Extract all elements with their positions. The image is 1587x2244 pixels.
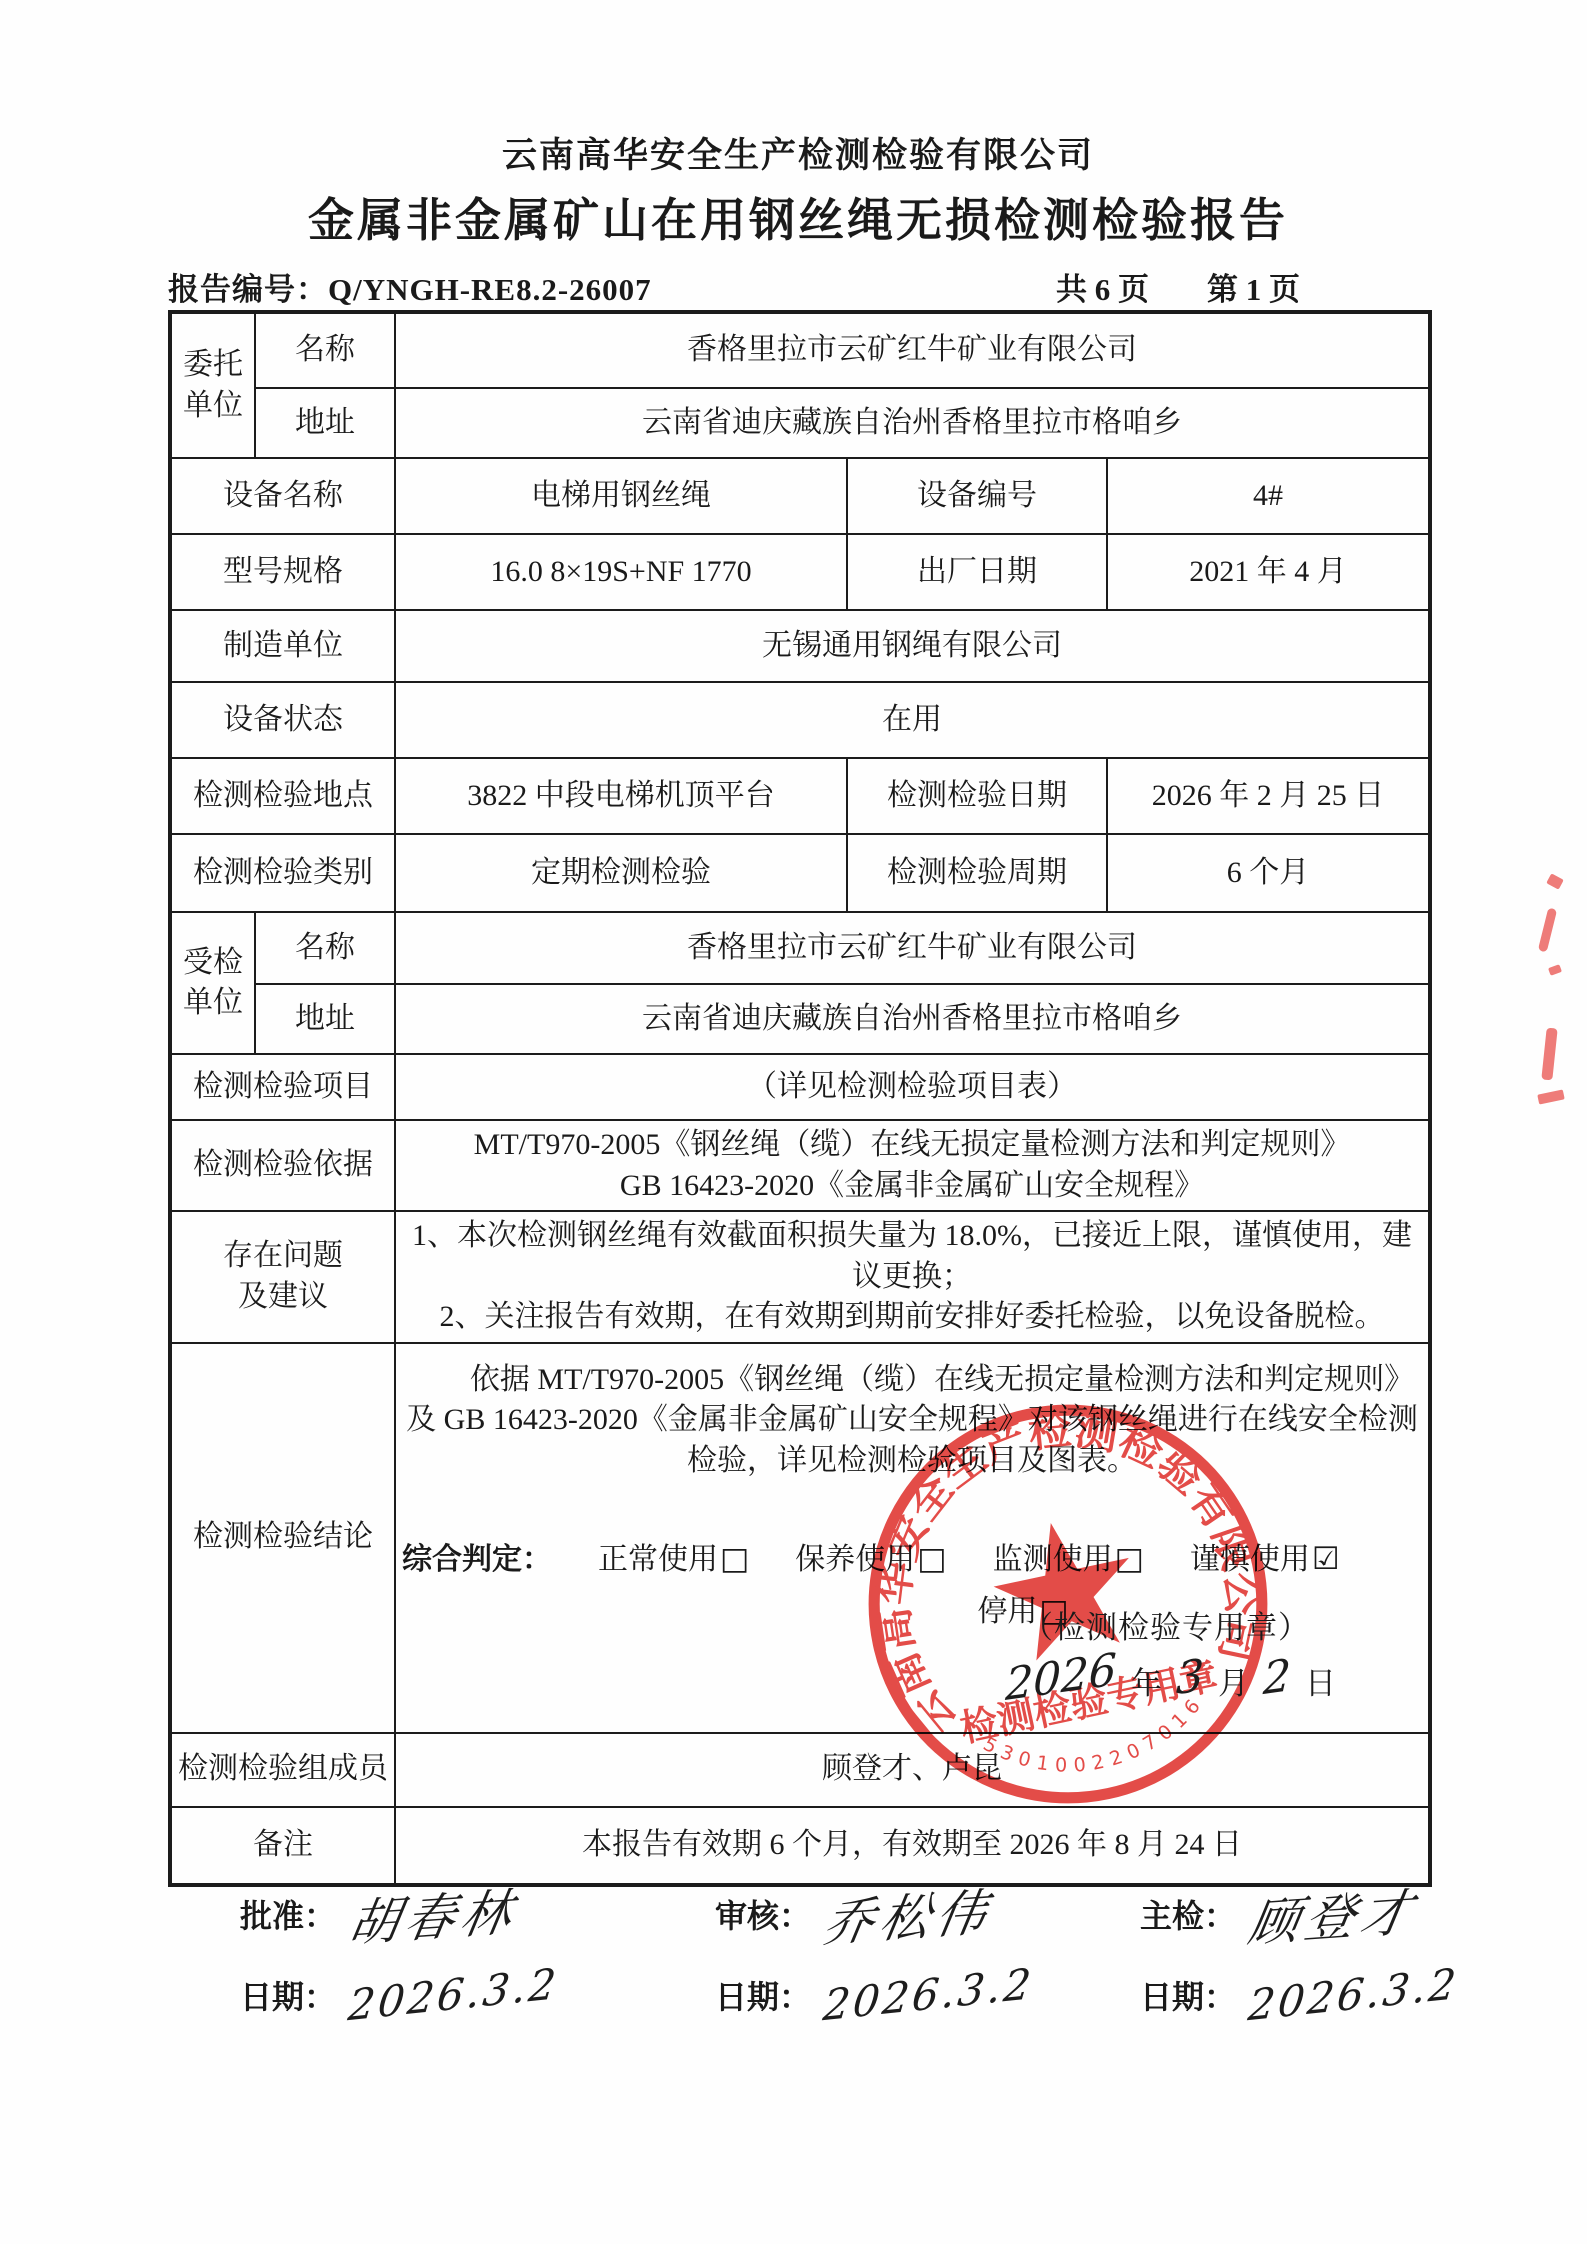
- checkbox-caution-checked: ☑: [1312, 1539, 1340, 1581]
- stamp-ghost-mark: [1538, 908, 1557, 953]
- client-group-line2: 单位: [178, 386, 248, 427]
- checkbox-normal: □: [720, 1539, 749, 1581]
- device-no-value: 4#: [1107, 458, 1430, 534]
- table-row: 检测检验依据 MT/T970-2005《钢丝绳（缆）在线无损定量检测方法和判定规…: [170, 1120, 1430, 1211]
- table-row: 检测检验地点 3822 中段电梯机顶平台 检测检验日期 2026 年 2 月 2…: [170, 758, 1430, 834]
- model-value: 16.0 8×19S+NF 1770: [395, 534, 847, 610]
- stamp-date-year: 2026: [1005, 1644, 1118, 1711]
- insp-type-value: 定期检测检验: [395, 834, 847, 912]
- conclusion-label: 检测检验结论: [170, 1343, 395, 1733]
- review-date-label: 日期：: [715, 1972, 811, 2018]
- verdict-label: 综合判定：: [402, 1540, 552, 1581]
- approve-signature: 胡春林: [344, 1872, 524, 1957]
- status-label: 设备状态: [170, 682, 395, 758]
- total-pages: 共 6 页: [1056, 264, 1149, 309]
- basis-value: MT/T970-2005《钢丝绳（缆）在线无损定量检测方法和判定规则》 GB 1…: [395, 1120, 1430, 1211]
- inspected-name-label: 名称: [255, 912, 395, 984]
- day-char: 日: [1305, 1658, 1336, 1703]
- stamp-ghost-mark: [1537, 1089, 1565, 1104]
- problems-line1: 1、本次检测钢丝绳有效截面积损失量为 18.0%，已接近上限，谨慎使用，建议更换…: [402, 1216, 1422, 1297]
- month-char: 月: [1218, 1658, 1249, 1703]
- basis-label: 检测检验依据: [170, 1120, 395, 1211]
- problems-value: 1、本次检测钢丝绳有效截面积损失量为 18.0%，已接近上限，谨慎使用，建议更换…: [395, 1211, 1430, 1343]
- problems-label: 存在问题 及建议: [170, 1211, 395, 1343]
- review-signature-block: 审核： 乔松伟 日期： 2026.3.2: [715, 1878, 1034, 2019]
- basis-line1: MT/T970-2005《钢丝绳（缆）在线无损定量检测方法和判定规则》: [402, 1125, 1422, 1166]
- table-row: 检测检验类别 定期检测检验 检测检验周期 6 个月: [170, 834, 1430, 912]
- pagination: 共 6 页 第 1 页: [1056, 264, 1300, 309]
- report-header: 云南高华安全生产检测检验有限公司 金属非金属矿山在用钢丝绳无损检测检验报告 报告…: [168, 128, 1428, 309]
- stamp-ghost-mark: [1546, 873, 1564, 889]
- report-meta-row: 报告编号：Q/YNGH-RE8.2-26007 共 6 页 第 1 页: [168, 264, 1428, 309]
- table-row: 设备名称 电梯用钢丝绳 设备编号 4#: [170, 458, 1430, 534]
- table-row: 委托 单位 名称 香格里拉市云矿红牛矿业有限公司: [170, 312, 1430, 388]
- stamp-ghost-mark: [1548, 964, 1562, 976]
- table-row: 备注 本报告有效期 6 个月，有效期至 2026 年 8 月 24 日: [170, 1807, 1430, 1885]
- basis-line2: GB 16423-2020《金属非金属矿山安全规程》: [402, 1166, 1422, 1207]
- table-row: 检测检验组成员 顾登才、卢昆: [170, 1733, 1430, 1807]
- table-row: 地址 云南省迪庆藏族自治州香格里拉市格咱乡: [170, 388, 1430, 458]
- table-row: 存在问题 及建议 1、本次检测钢丝绳有效截面积损失量为 18.0%，已接近上限，…: [170, 1211, 1430, 1343]
- stamp-date-line: 2026 年 3 月 2 日: [1005, 1652, 1336, 1703]
- location-value: 3822 中段电梯机顶平台: [395, 758, 847, 834]
- chief-signature: 顾登才: [1244, 1872, 1424, 1957]
- chief-date: 2026.3.2: [1246, 1959, 1461, 2031]
- location-label: 检测检验地点: [170, 758, 395, 834]
- verdict-option-caution: 谨慎使用☑: [1190, 1539, 1340, 1581]
- stamp-ghost-mark: [1541, 1028, 1557, 1081]
- remark-label: 备注: [170, 1807, 395, 1885]
- verdict-row: 综合判定： 正常使用□ 保养使用□ 监测使用□ 谨慎使用☑: [402, 1539, 1422, 1581]
- chief-signature-block: 主检： 顾登才 日期： 2026.3.2: [1140, 1878, 1459, 2019]
- review-label: 审核：: [715, 1891, 811, 1937]
- stamp-note-text: （检测检验专用章）: [1022, 1602, 1310, 1647]
- table-row: 型号规格 16.0 8×19S+NF 1770 出厂日期 2021 年 4 月: [170, 534, 1430, 610]
- client-addr-label: 地址: [255, 388, 395, 458]
- client-name-label: 名称: [255, 312, 395, 388]
- chief-date-label: 日期：: [1140, 1972, 1236, 2018]
- client-addr-value: 云南省迪庆藏族自治州香格里拉市格咱乡: [395, 388, 1430, 458]
- mfg-date-value: 2021 年 4 月: [1107, 534, 1430, 610]
- table-row: 受检 单位 名称 香格里拉市云矿红牛矿业有限公司: [170, 912, 1430, 984]
- inspected-group-line1: 受检: [178, 943, 248, 984]
- approve-date-label: 日期：: [240, 1972, 336, 2018]
- verdict-option-maintain: 保养使用□: [795, 1539, 946, 1581]
- mfg-date-label: 出厂日期: [847, 534, 1107, 610]
- inspected-addr-value: 云南省迪庆藏族自治州香格里拉市格咱乡: [395, 984, 1430, 1054]
- team-value: 顾登才、卢昆: [395, 1733, 1430, 1807]
- problems-label-line2: 及建议: [178, 1277, 388, 1318]
- checkbox-monitor: □: [1115, 1539, 1144, 1581]
- report-number: 报告编号：Q/YNGH-RE8.2-26007: [168, 264, 652, 309]
- client-group-label: 委托 单位: [170, 312, 255, 458]
- company-title: 云南高华安全生产检测检验有限公司: [168, 128, 1428, 178]
- model-label: 型号规格: [170, 534, 395, 610]
- approve-signature-block: 批准： 胡春林 日期： 2026.3.2: [240, 1878, 559, 2019]
- items-value: （详见检测检验项目表）: [395, 1054, 1430, 1120]
- review-date: 2026.3.2: [821, 1959, 1036, 2031]
- client-group-line1: 委托: [178, 345, 248, 386]
- problems-label-line1: 存在问题: [178, 1236, 388, 1277]
- insp-date-value: 2026 年 2 月 25 日: [1107, 758, 1430, 834]
- remark-value: 本报告有效期 6 个月，有效期至 2026 年 8 月 24 日: [395, 1807, 1430, 1885]
- stamp-date-month: 3: [1175, 1650, 1205, 1706]
- device-name-label: 设备名称: [170, 458, 395, 534]
- problems-line2: 2、关注报告有效期，在有效期到期前安排好委托检验，以免设备脱检。: [402, 1297, 1422, 1338]
- report-title: 金属非金属矿山在用钢丝绳无损检测检验报告: [168, 184, 1428, 250]
- review-signature: 乔松伟: [819, 1872, 999, 1957]
- items-label: 检测检验项目: [170, 1054, 395, 1120]
- cycle-label: 检测检验周期: [847, 834, 1107, 912]
- inspected-group-label: 受检 单位: [170, 912, 255, 1054]
- manufacturer-label: 制造单位: [170, 610, 395, 682]
- report-page: 云南高华安全生产检测检验有限公司 金属非金属矿山在用钢丝绳无损检测检验报告 报告…: [0, 0, 1587, 2244]
- year-char: 年: [1131, 1658, 1162, 1703]
- device-name-value: 电梯用钢丝绳: [395, 458, 847, 534]
- current-page: 第 1 页: [1207, 264, 1300, 309]
- report-number-value: Q/YNGH-RE8.2-26007: [328, 272, 652, 307]
- client-name-value: 香格里拉市云矿红牛矿业有限公司: [395, 312, 1430, 388]
- status-value: 在用: [395, 682, 1430, 758]
- table-row: 制造单位 无锡通用钢绳有限公司: [170, 610, 1430, 682]
- inspected-group-line2: 单位: [178, 983, 248, 1024]
- table-row: 检测检验项目 （详见检测检验项目表）: [170, 1054, 1430, 1120]
- inspected-addr-label: 地址: [255, 984, 395, 1054]
- approve-label: 批准：: [240, 1891, 336, 1937]
- verdict-option-monitor: 监测使用□: [993, 1539, 1144, 1581]
- insp-type-label: 检测检验类别: [170, 834, 395, 912]
- cycle-value: 6 个月: [1107, 834, 1430, 912]
- insp-date-label: 检测检验日期: [847, 758, 1107, 834]
- verdict-option-normal: 正常使用□: [598, 1539, 749, 1581]
- table-row: 地址 云南省迪庆藏族自治州香格里拉市格咱乡: [170, 984, 1430, 1054]
- manufacturer-value: 无锡通用钢绳有限公司: [395, 610, 1430, 682]
- stamp-date-day: 2: [1262, 1650, 1292, 1706]
- checkbox-maintain: □: [917, 1539, 946, 1581]
- team-label: 检测检验组成员: [170, 1733, 395, 1807]
- inspected-name-value: 香格里拉市云矿红牛矿业有限公司: [395, 912, 1430, 984]
- table-row: 设备状态 在用: [170, 682, 1430, 758]
- approve-date: 2026.3.2: [346, 1959, 561, 2031]
- report-number-label: 报告编号：: [168, 272, 328, 307]
- conclusion-paragraph: 依据 MT/T970-2005《钢丝绳（缆）在线无损定量检测方法和判定规则》及 …: [402, 1360, 1422, 1482]
- device-no-label: 设备编号: [847, 458, 1107, 534]
- chief-label: 主检：: [1140, 1891, 1236, 1937]
- report-table: 委托 单位 名称 香格里拉市云矿红牛矿业有限公司 地址 云南省迪庆藏族自治州香格…: [168, 310, 1432, 1887]
